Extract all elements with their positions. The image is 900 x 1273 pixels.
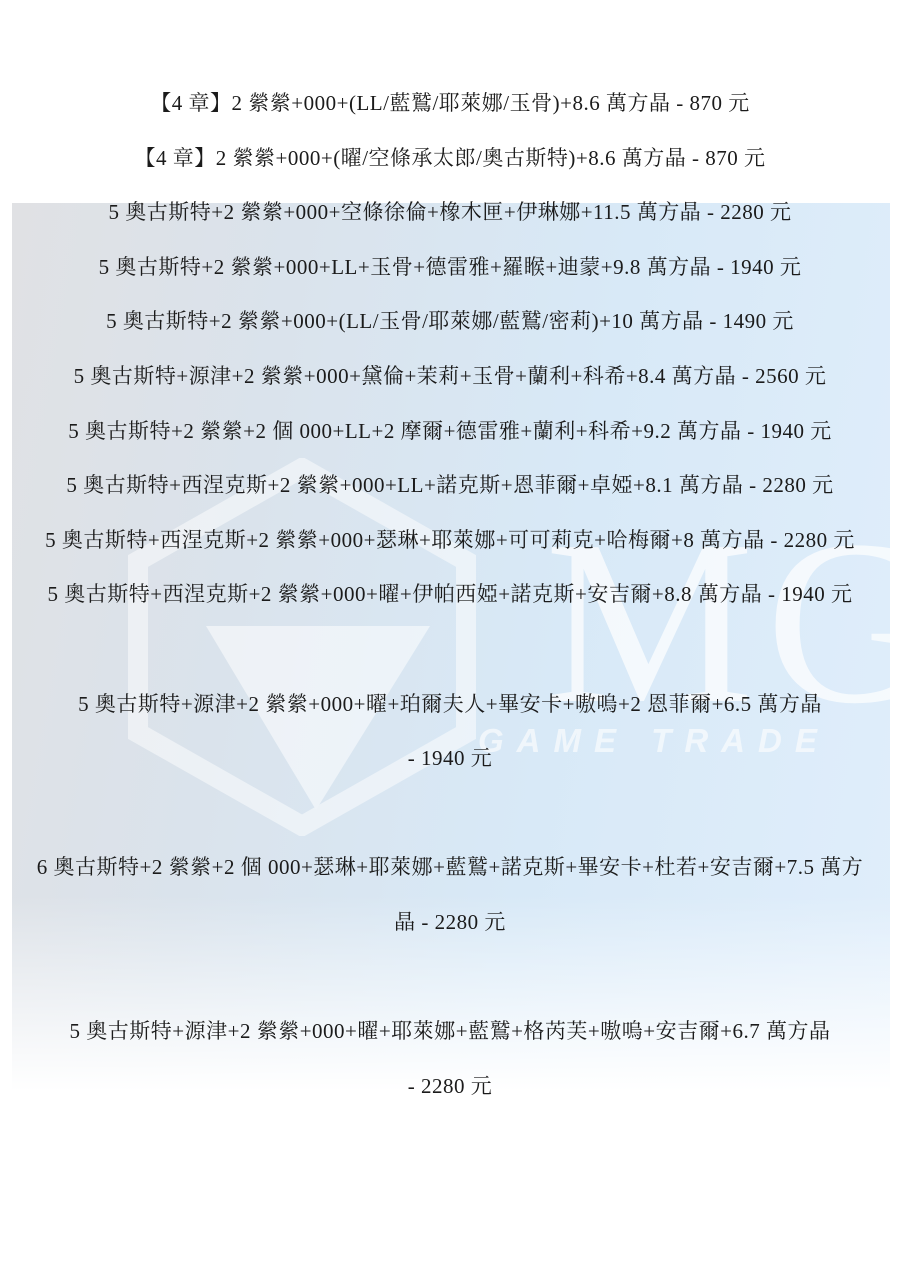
listing-line: 5 奧古斯特+源津+2 縈縈+000+曜+耶萊娜+藍鷲+格芮芙+嗷嗚+安吉爾+6…: [0, 1004, 900, 1059]
spacer-line: [0, 950, 900, 1005]
spacer-line: [0, 786, 900, 841]
listing-line: 5 奧古斯特+2 縈縈+2 個 000+LL+2 摩爾+德雷雅+蘭利+科希+9.…: [0, 404, 900, 459]
listing-line: 5 奧古斯特+西涅克斯+2 縈縈+000+瑟琳+耶萊娜+可可莉克+哈梅爾+8 萬…: [0, 513, 900, 568]
listing-line: 5 奧古斯特+西涅克斯+2 縈縈+000+LL+諾克斯+恩菲爾+卓婭+8.1 萬…: [0, 458, 900, 513]
listing-line: 5 奧古斯特+西涅克斯+2 縈縈+000+曜+伊帕西婭+諾克斯+安吉爾+8.8 …: [0, 567, 900, 622]
listings: 【4 章】2 縈縈+000+(LL/藍鷲/耶萊娜/玉骨)+8.6 萬方晶 - 8…: [0, 76, 900, 1113]
listing-line: - 1940 元: [0, 731, 900, 786]
listing-line: 晶 - 2280 元: [0, 895, 900, 950]
listing-line: 5 奧古斯特+源津+2 縈縈+000+曜+珀爾夫人+畢安卡+嗷嗚+2 恩菲爾+6…: [0, 677, 900, 732]
listing-line: 5 奧古斯特+2 縈縈+000+LL+玉骨+德雷雅+羅睺+迪蒙+9.8 萬方晶 …: [0, 240, 900, 295]
listing-line: 5 奧古斯特+2 縈縈+000+空條徐倫+橡木匣+伊琳娜+11.5 萬方晶 - …: [0, 185, 900, 240]
listing-line: 【4 章】2 縈縈+000+(LL/藍鷲/耶萊娜/玉骨)+8.6 萬方晶 - 8…: [0, 76, 900, 131]
listing-line: 【4 章】2 縈縈+000+(曜/空條承太郎/奧古斯特)+8.6 萬方晶 - 8…: [0, 131, 900, 186]
spacer-line: [0, 622, 900, 677]
price-list-page: MG GAME TRADE 【4 章】2 縈縈+000+(LL/藍鷲/耶萊娜/玉…: [0, 0, 900, 1273]
listing-line: - 2280 元: [0, 1059, 900, 1114]
listing-line: 5 奧古斯特+源津+2 縈縈+000+黛倫+茉莉+玉骨+蘭利+科希+8.4 萬方…: [0, 349, 900, 404]
listing-line: 6 奧古斯特+2 縈縈+2 個 000+瑟琳+耶萊娜+藍鷲+諾克斯+畢安卡+杜若…: [0, 840, 900, 895]
listing-line: 5 奧古斯特+2 縈縈+000+(LL/玉骨/耶萊娜/藍鷲/密莉)+10 萬方晶…: [0, 294, 900, 349]
